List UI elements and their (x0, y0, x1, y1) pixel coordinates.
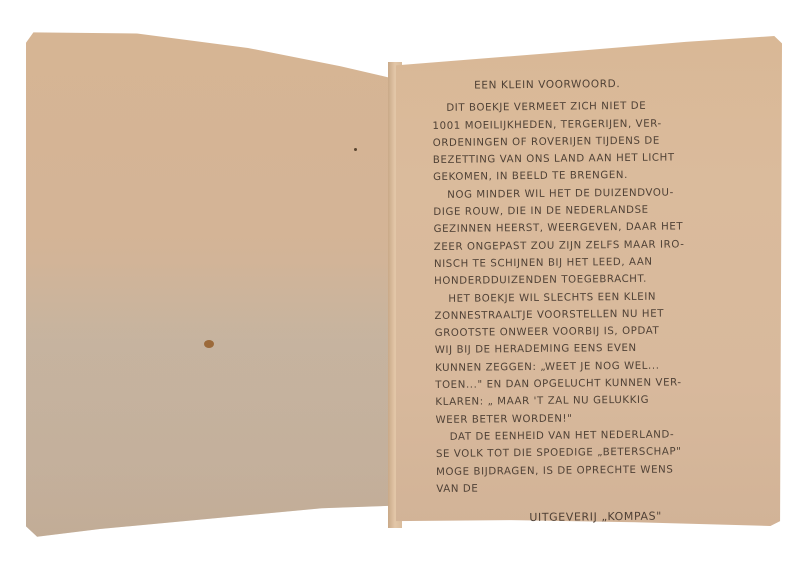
page-discoloration (26, 262, 396, 542)
text-line: toen..." en dan opgelucht kunnen ver- (435, 374, 723, 394)
text-line: zeer ongepast zou zijn zelfs maar iro- (434, 236, 722, 256)
foreword-text: Een Klein Voorwoord. Dit boekje vermeet … (432, 75, 725, 527)
foreword-title: Een Klein Voorwoord. (432, 75, 720, 95)
left-page-blank (26, 22, 396, 542)
publisher-signature: Uitgeverij „Kompas" (437, 507, 725, 527)
stain-mark (204, 340, 214, 348)
open-booklet: Een Klein Voorwoord. Dit boekje vermeet … (0, 0, 800, 564)
text-line: se Volk tot die spoedige „Beterschap" (436, 443, 724, 463)
ink-speck (354, 148, 357, 151)
text-line: van de (436, 478, 724, 498)
